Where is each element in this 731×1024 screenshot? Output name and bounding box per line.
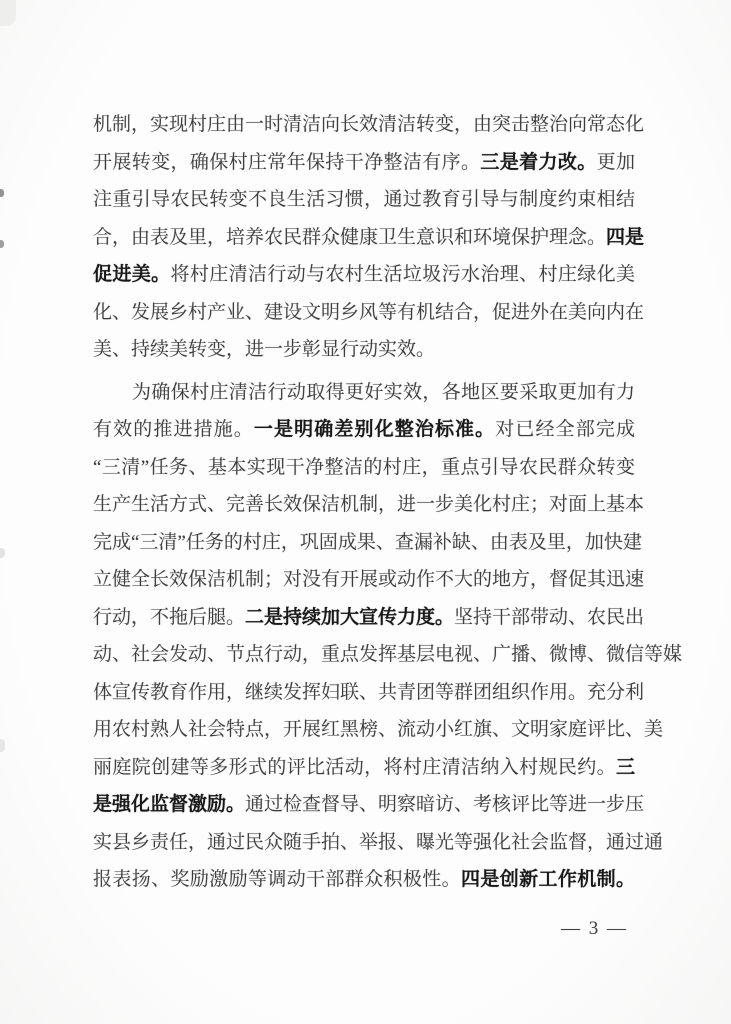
text-line: 美、持续美转变，进一步彰显行动实效。 xyxy=(93,331,635,369)
body-text: 将村庄清洁行动与农村生活垃圾污水治理、村庄绿化美 xyxy=(170,264,635,285)
emphasis-text: 三 xyxy=(616,757,635,778)
text-line: 机制，实现村庄由一时清洁向长效清洁转变，由突击整治向常态化 xyxy=(93,106,635,144)
scan-artifact xyxy=(0,0,16,26)
body-text: 体宣传教育作用，继续发挥妇联、共青团等群团组织作用。充分利 xyxy=(93,682,644,703)
scan-artifact xyxy=(0,240,4,248)
body-text: 立健全长效保洁机制；对没有开展或动作不大的地方，督促其迅速 xyxy=(93,569,644,590)
text-line: 行动，不拖后腿。二是持续加大宣传力度。坚持干部带动、农民出 xyxy=(93,599,635,637)
text-line: 化、发展乡村产业、建设文明乡风等有机结合，促进外在美向内在 xyxy=(93,294,635,332)
body-text: 通过检查督导、明察暗访、考核评比等进一步压 xyxy=(245,794,644,815)
body-text: 开展转变，确保村庄常年保持干净整洁有序。 xyxy=(93,152,480,173)
body-text: 美、持续美转变，进一步彰显行动实效。 xyxy=(93,339,435,360)
body-text: 报表扬、奖励激励等调动干部群众积极性。 xyxy=(93,869,461,890)
text-line: 生产生活方式、完善长效保洁机制，进一步美化村庄；对面上基本 xyxy=(93,486,635,524)
text-line: 注重引导农民转变不良生活习惯，通过教育引导与制度约束相结 xyxy=(93,181,635,219)
body-text: 注重引导农民转变不良生活习惯，通过教育引导与制度约束相结 xyxy=(93,189,635,210)
scan-artifact xyxy=(0,739,5,752)
text-line: 体宣传教育作用，继续发挥妇联、共青团等群团组织作用。充分利 xyxy=(93,674,635,712)
body-text: 对已经全部完成 xyxy=(495,419,635,440)
text-line: 完成“三清”任务的村庄，巩固成果、查漏补缺、由表及里，加快建 xyxy=(93,524,635,562)
document-body: 机制，实现村庄由一时清洁向长效清洁转变，由突击整治向常态化开展转变，确保村庄常年… xyxy=(93,106,635,899)
body-text: 合，由表及里，培养农民群众健康卫生意识和环境保护理念。 xyxy=(93,227,606,248)
page-number: — 3 — xyxy=(561,916,628,942)
body-text: 完成“三清”任务的村庄，巩固成果、查漏补缺、由表及里，加快建 xyxy=(93,532,642,553)
body-text: 为确保村庄清洁行动取得更好实效，各地区要采取更加有力 xyxy=(132,382,635,403)
text-line: 开展转变，确保村庄常年保持干净整洁有序。三是着力改。更加 xyxy=(93,144,635,182)
body-text: 有效的推进措施。 xyxy=(93,419,254,440)
text-line: 实县乡责任，通过民众随手拍、举报、曝光等强化社会监督，通过通 xyxy=(93,824,635,862)
body-text: 坚持干部带动、农民出 xyxy=(454,607,644,628)
body-text: 行动，不拖后腿。 xyxy=(93,607,245,628)
document-page: 机制，实现村庄由一时清洁向长效清洁转变，由突击整治向常态化开展转变，确保村庄常年… xyxy=(0,0,731,1024)
body-text: 更加 xyxy=(597,152,635,173)
text-line: 立健全长效保洁机制；对没有开展或动作不大的地方，督促其迅速 xyxy=(93,561,635,599)
text-line: 用农村熟人社会特点，开展红黑榜、流动小红旗、文明家庭评比、美 xyxy=(93,711,635,749)
body-text: 丽庭院创建等多形式的评比活动，将村庄清洁纳入村规民约。 xyxy=(93,757,616,778)
text-line: “三清”任务、基本实现干净整洁的村庄，重点引导农民群众转变 xyxy=(93,449,635,487)
emphasis-text: 促进美。 xyxy=(93,264,170,285)
text-line: 是强化监督激励。通过检查督导、明察暗访、考核评比等进一步压 xyxy=(93,786,635,824)
body-text: 动、社会发动、节点行动，重点发挥基层电视、广播、微博、微信等媒 xyxy=(93,644,682,665)
body-text: 实县乡责任，通过民众随手拍、举报、曝光等强化社会监督，通过通 xyxy=(93,832,663,853)
text-line: 合，由表及里，培养农民群众健康卫生意识和环境保护理念。四是 xyxy=(93,219,635,257)
text-line: 为确保村庄清洁行动取得更好实效，各地区要采取更加有力 xyxy=(93,374,635,412)
text-line: 丽庭院创建等多形式的评比活动，将村庄清洁纳入村规民约。三 xyxy=(93,749,635,787)
text-line: 动、社会发动、节点行动，重点发挥基层电视、广播、微博、微信等媒 xyxy=(93,636,635,674)
emphasis-text: 四是创新工作机制。 xyxy=(461,869,635,890)
emphasis-text: 是强化监督激励。 xyxy=(93,794,245,815)
text-line: 报表扬、奖励激励等调动干部群众积极性。四是创新工作机制。 xyxy=(93,861,635,899)
emphasis-text: 四是 xyxy=(606,227,644,248)
scan-artifact xyxy=(0,548,5,558)
body-text: 生产生活方式、完善长效保洁机制，进一步美化村庄；对面上基本 xyxy=(93,494,644,515)
text-line: 有效的推进措施。一是明确差别化整治标准。对已经全部完成 xyxy=(93,411,635,449)
body-text: 用农村熟人社会特点，开展红黑榜、流动小红旗、文明家庭评比、美 xyxy=(93,719,663,740)
emphasis-text: 三是着力改。 xyxy=(480,152,596,173)
body-text: 化、发展乡村产业、建设文明乡风等有机结合，促进外在美向内在 xyxy=(93,302,644,323)
emphasis-text: 二是持续加大宣传力度。 xyxy=(245,607,454,628)
body-text: “三清”任务、基本实现干净整洁的村庄，重点引导农民群众转变 xyxy=(93,457,635,478)
scan-artifact xyxy=(0,189,4,197)
body-text: 机制，实现村庄由一时清洁向长效清洁转变，由突击整治向常态化 xyxy=(93,114,644,135)
text-line: 促进美。将村庄清洁行动与农村生活垃圾污水治理、村庄绿化美 xyxy=(93,256,635,294)
emphasis-text: 一是明确差别化整治标准。 xyxy=(254,419,495,440)
